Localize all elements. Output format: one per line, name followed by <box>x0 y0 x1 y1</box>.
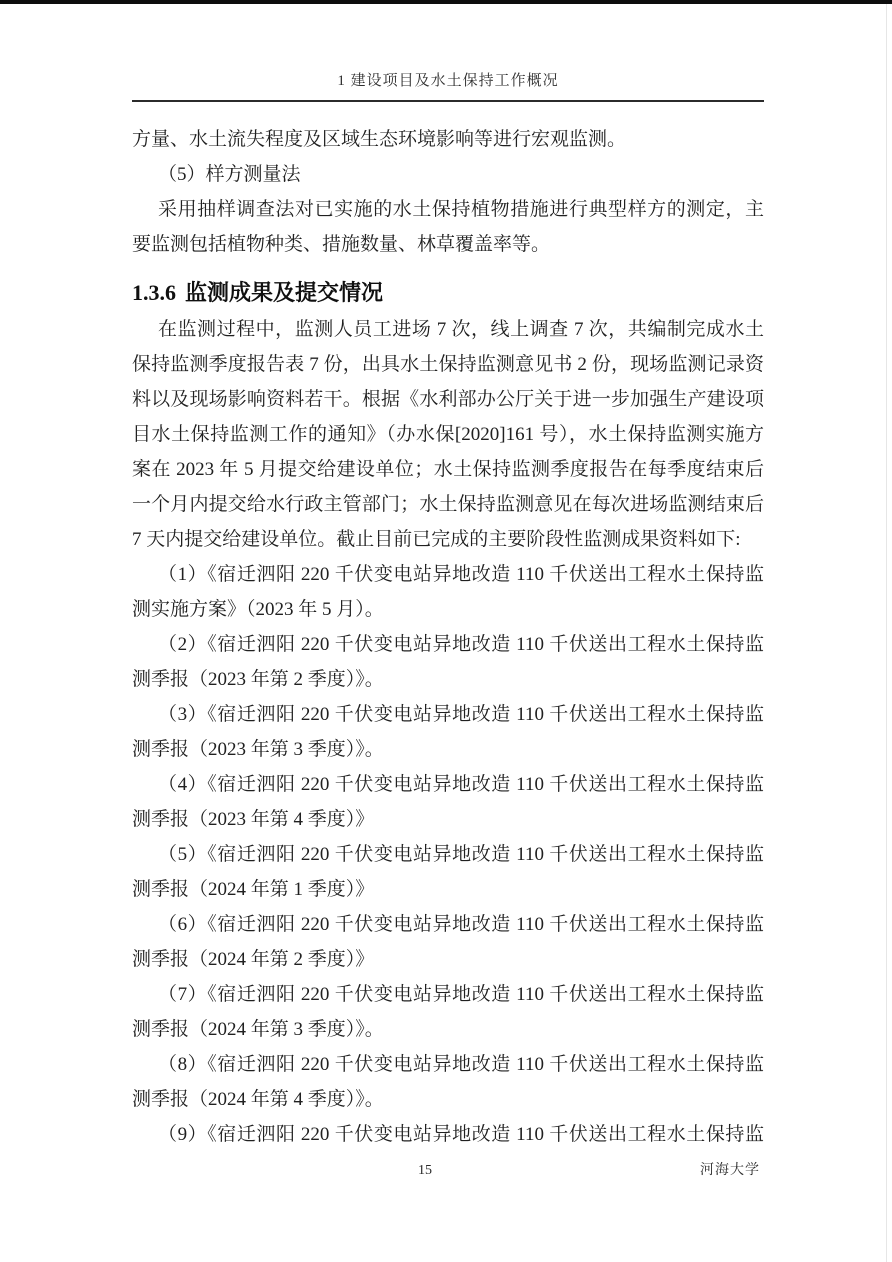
result-list-item-2: （2）《宿迁泗阳 220 千伏变电站异地改造 110 千伏送出工程水土保持监测季… <box>132 627 764 697</box>
result-list-item-6: （6）《宿迁泗阳 220 千伏变电站异地改造 110 千伏送出工程水土保持监测季… <box>132 907 764 977</box>
running-header-title: 1 建设项目及水土保持工作概况 <box>132 74 764 89</box>
result-list-item-4: （4）《宿迁泗阳 220 千伏变电站异地改造 110 千伏送出工程水土保持监测季… <box>132 767 764 837</box>
document-body: 方量、水土流失程度及区域生态环境影响等进行宏观监测。 （5）样方测量法 采用抽样… <box>132 122 764 1155</box>
page-number: 15 <box>132 1163 718 1178</box>
result-list-item-9: （9）《宿迁泗阳 220 千伏变电站异地改造 110 千伏送出工程水土保持监测 <box>132 1117 764 1155</box>
result-list-item-7: （7）《宿迁泗阳 220 千伏变电站异地改造 110 千伏送出工程水土保持监测季… <box>132 977 764 1047</box>
header-rule <box>132 100 764 102</box>
section-heading: 1.3.6监测成果及提交情况 <box>132 276 764 310</box>
scan-artifact-right-edge <box>886 4 887 1262</box>
section-number: 1.3.6 <box>132 280 176 305</box>
result-list-item-8: （8）《宿迁泗阳 220 千伏变电站异地改造 110 千伏送出工程水土保持监测季… <box>132 1047 764 1117</box>
body-paragraph-method-desc: 采用抽样调查法对已实施的水土保持植物措施进行典型样方的测定，主要监测包括植物种类… <box>132 192 764 262</box>
result-list-item-5: （5）《宿迁泗阳 220 千伏变电站异地改造 110 千伏送出工程水土保持监测季… <box>132 837 764 907</box>
result-list-item-3: （3）《宿迁泗阳 220 千伏变电站异地改造 110 千伏送出工程水土保持监测季… <box>132 697 764 767</box>
body-paragraph-monitoring-summary: 在监测过程中，监测人员工进场 7 次，线上调查 7 次，共编制完成水土保持监测季… <box>132 312 764 557</box>
institution-name: 河海大学 <box>700 1163 760 1178</box>
section-title: 监测成果及提交情况 <box>185 280 383 305</box>
result-list-item-1: （1）《宿迁泗阳 220 千伏变电站异地改造 110 千伏送出工程水土保持监测实… <box>132 557 764 627</box>
body-paragraph-continued: 方量、水土流失程度及区域生态环境影响等进行宏观监测。 <box>132 122 764 157</box>
document-page: 1 建设项目及水土保持工作概况 方量、水土流失程度及区域生态环境影响等进行宏观监… <box>132 0 764 1155</box>
body-paragraph-method-title: （5）样方测量法 <box>132 157 764 192</box>
